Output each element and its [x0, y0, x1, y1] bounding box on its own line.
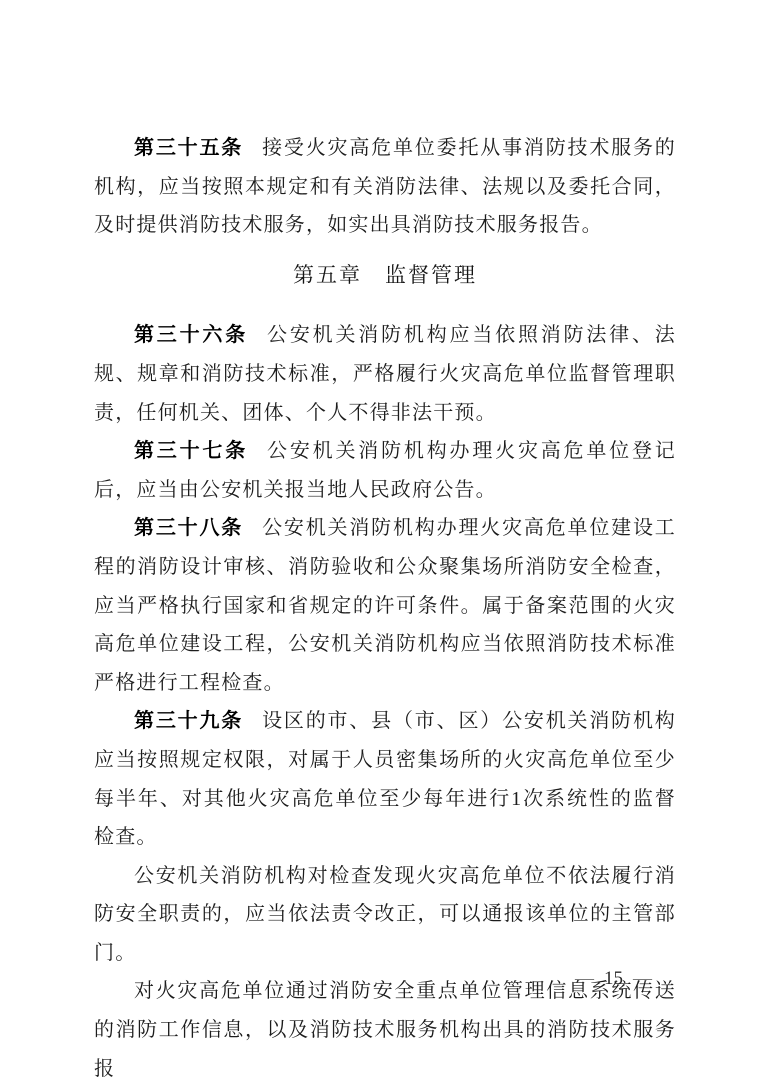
footer-dash-right: — — [623, 968, 662, 989]
page-footer: —15— — [565, 966, 662, 992]
article-39-number: 第三十九条 — [134, 710, 243, 732]
article-38-text: 公安机关消防机构办理火灾高危单位建设工程的消防设计审核、消防验收和公众聚集场所消… — [94, 517, 676, 693]
article-36-number: 第三十六条 — [134, 324, 248, 346]
footer-dash-left: — — [565, 968, 604, 989]
article-37-number: 第三十七条 — [134, 440, 248, 462]
article-paragraph-39: 第三十九条设区的市、县（市、区）公安机关消防机构应当按照规定权限，对属于人员密集… — [94, 702, 676, 856]
article-paragraph-37: 第三十七条公安机关消防机构办理火灾高危单位登记后，应当由公安机关报当地人民政府公… — [94, 432, 676, 509]
article-paragraph-38: 第三十八条公安机关消防机构办理火灾高危单位建设工程的消防设计审核、消防验收和公众… — [94, 509, 676, 702]
article-35-number: 第三十五条 — [134, 137, 243, 159]
document-body: 第三十五条接受火灾高危单位委托从事消防技术服务的机构，应当按照本规定和有关消防法… — [94, 129, 676, 1088]
body-paragraph-1: 公安机关消防机构对检查发现火灾高危单位不依法履行消防安全职责的，应当依法责令改正… — [94, 857, 676, 973]
article-38-number: 第三十八条 — [134, 517, 243, 539]
article-paragraph-36: 第三十六条公安机关消防机构应当依照消防法律、法规、规章和消防技术标准，严格履行火… — [94, 316, 676, 432]
page-number: 15 — [604, 968, 623, 989]
document-page: 第三十五条接受火灾高危单位委托从事消防技术服务的机构，应当按照本规定和有关消防法… — [0, 0, 770, 1089]
chapter-heading: 第五章 监督管理 — [94, 256, 676, 295]
article-paragraph-35: 第三十五条接受火灾高危单位委托从事消防技术服务的机构，应当按照本规定和有关消防法… — [94, 129, 676, 245]
